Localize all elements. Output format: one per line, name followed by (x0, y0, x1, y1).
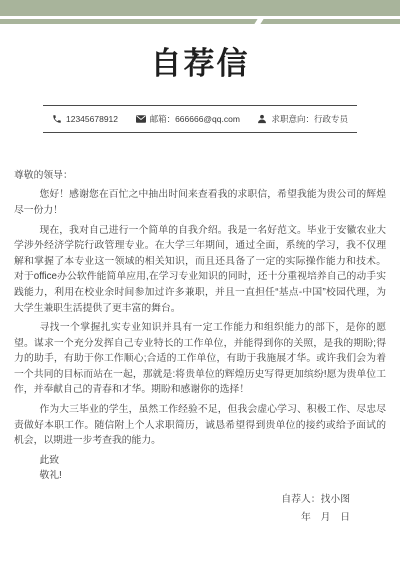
contact-email: 邮箱：666666@qq.com (136, 113, 240, 125)
stripe-notch (254, 19, 263, 24)
letter-paragraph: 作为大三毕业的学生，虽然工作经验不足，但我会虚心学习、积极工作、尽忠尽责做好本职… (14, 402, 386, 449)
closing-line: 敬礼! (14, 468, 386, 484)
header-stripe (0, 19, 400, 24)
contact-email-text: 邮箱：666666@qq.com (150, 113, 240, 125)
letter-body: 尊敬的领导： 您好！感谢您在百忙之中抽出时间来查看我的求职信，希望我能为贵公司的… (0, 168, 400, 527)
contact-phone-text: 12345678912 (66, 114, 118, 124)
letter-paragraph: 寻找一个掌握扎实专业知识并具有一定工作能力和组织能力的部下，是你的愿望。谋求一个… (14, 320, 386, 398)
contact-intention: 求职意向：行政专员 (257, 113, 348, 125)
envelope-icon (136, 114, 146, 124)
letter-salutation: 尊敬的领导： (14, 168, 386, 184)
contact-phone: 12345678912 (52, 114, 118, 124)
signature-name: 自荐人：找小图 (14, 491, 350, 509)
contact-bar: 12345678912 邮箱：666666@qq.com 求职意向：行政专员 (43, 105, 357, 133)
page-title: 自荐信 (0, 44, 400, 84)
letter-paragraphs: 您好！感谢您在百忙之中抽出时间来查看我的求职信，希望我能为贵公司的辉煌尽一份力！… (14, 187, 386, 449)
letter-closing: 此致敬礼! (14, 453, 386, 484)
closing-line: 此致 (14, 453, 386, 469)
contact-intention-text: 求职意向：行政专员 (271, 113, 348, 125)
person-icon (257, 114, 267, 124)
letter-paragraph: 现在，我对自己进行一个简单的自我介绍。我是一名好范文。毕业于安徽农业大学涉外经济… (14, 223, 386, 317)
header-band (0, 0, 400, 16)
letter-paragraph: 您好！感谢您在百忙之中抽出时间来查看我的求职信，希望我能为贵公司的辉煌尽一份力！ (14, 187, 386, 218)
signature-date: 年 月 日 (14, 509, 350, 527)
phone-icon (52, 114, 62, 124)
signature-block: 自荐人：找小图 年 月 日 (14, 491, 386, 527)
